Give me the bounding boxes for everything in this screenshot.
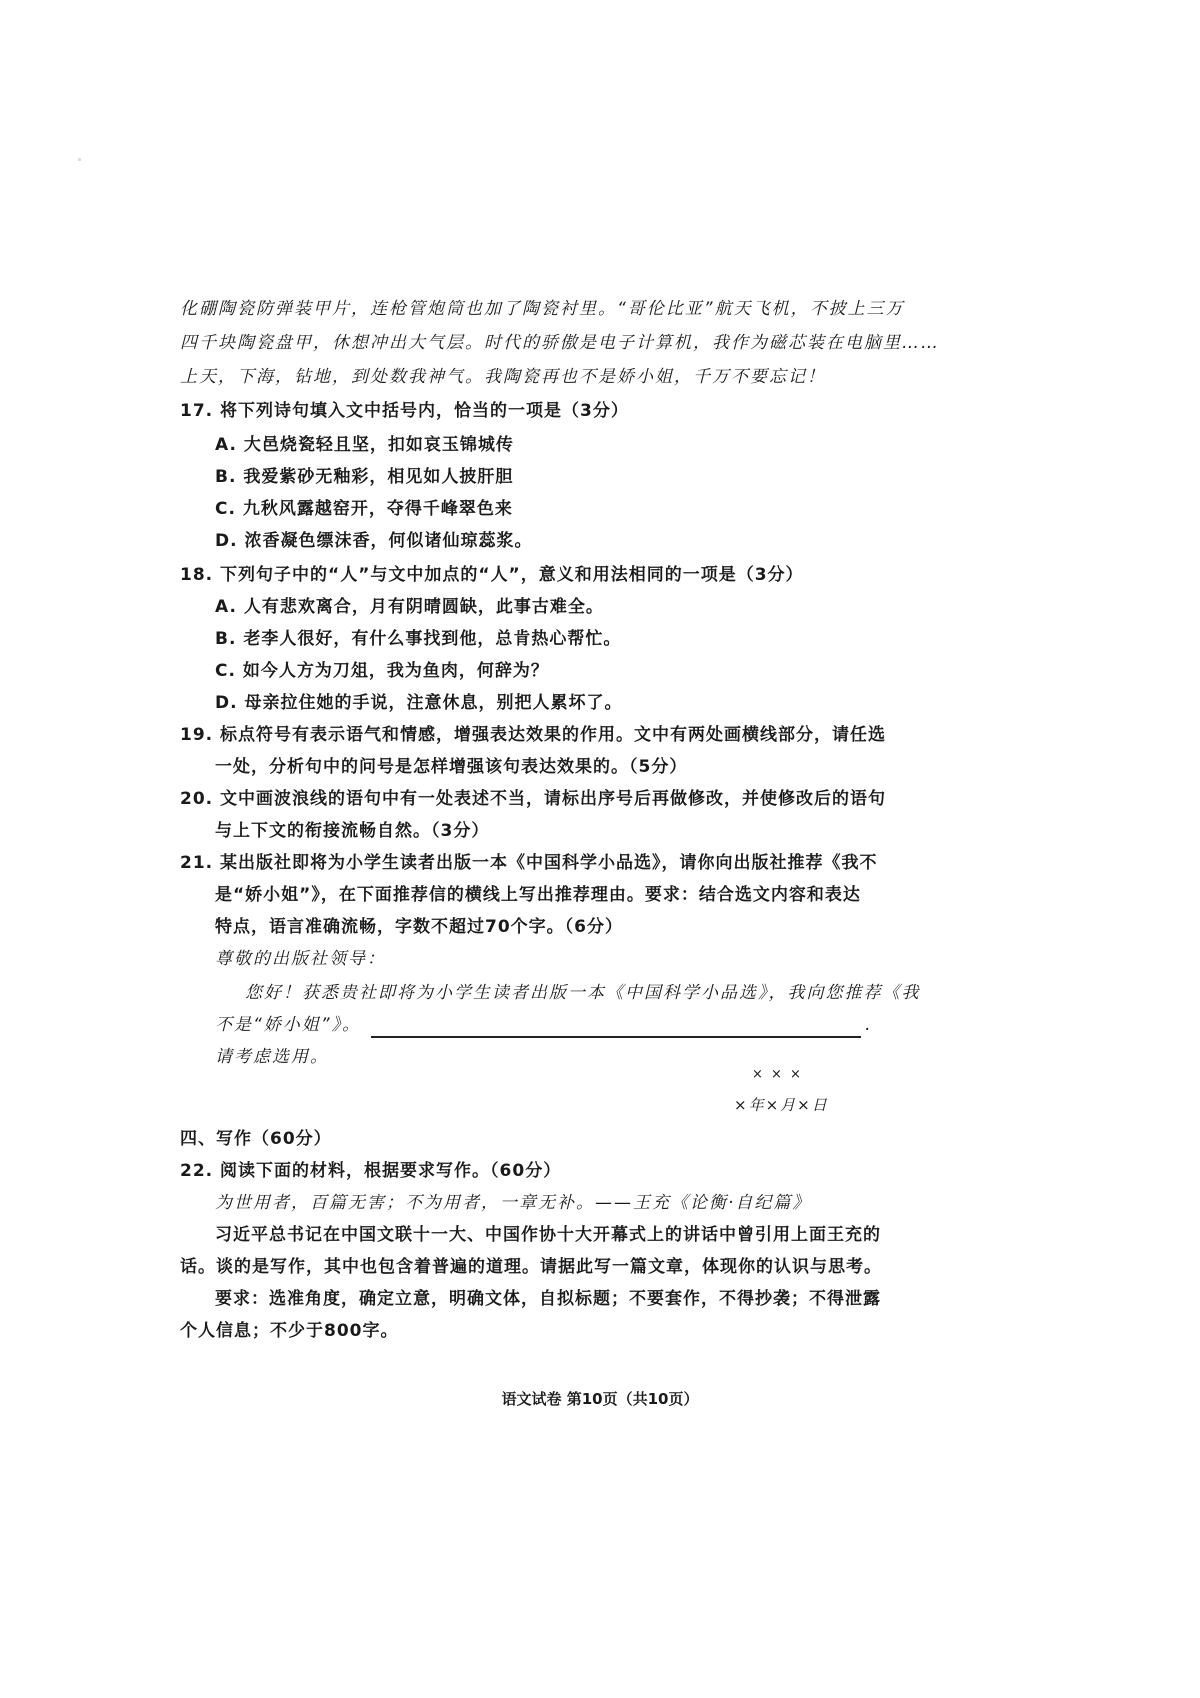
q17-option-b: B. 我爱紫砂无釉彩，相见如人披肝胆 [215, 464, 513, 490]
passage-line-2: 四千块陶瓷盘甲，休想冲出大气层。时代的骄傲是电子计算机，我作为磁芯装在电脑里…… [180, 330, 940, 356]
letter-closing: 请考虑选用。 [215, 1044, 329, 1070]
q22-stem: 22. 阅读下面的材料，根据要求写作。（60分） [180, 1158, 561, 1184]
q22-quote: 为世用者，百篇无害；不为用者，一章无补。——王充《论衡·自纪篇》 [215, 1190, 811, 1216]
q22-para-line-2: 话。谈的是写作，其中也包含着普遍的道理。请据此写一篇文章，体现你的认识与思考。 [180, 1254, 882, 1280]
q19-line-2: 一处，分析句中的问号是怎样增强该句表达效果的。（5分） [215, 754, 687, 780]
exam-page: 化硼陶瓷防弹装甲片，连枪管炮筒也加了陶瓷衬里。“哥伦比亚”航天飞机，不披上三万 … [0, 0, 1200, 1698]
q18-option-b: B. 老李人很好，有什么事找到他，总肯热心帮忙。 [215, 626, 621, 652]
letter-body-line-2: 不是“娇小姐”》。. [215, 1012, 873, 1038]
passage-line-1: 化硼陶瓷防弹装甲片，连枪管炮筒也加了陶瓷衬里。“哥伦比亚”航天飞机，不披上三万 [180, 296, 905, 322]
letter-body-line-1: 您好！获悉贵社即将为小学生读者出版一本《中国科学小品选》，我向您推荐《我 [245, 980, 921, 1006]
scan-speck [78, 158, 81, 161]
section-4-heading: 四、写作（60分） [180, 1126, 332, 1152]
letter-salutation: 尊敬的出版社领导： [215, 946, 386, 972]
q18-stem: 18. 下列句子中的“人”与文中加点的“人”，意义和用法相同的一项是（3分） [180, 562, 804, 588]
q20-line-1: 20. 文中画波浪线的语句中有一处表述不当，请标出序号后再做修改，并使修改后的语… [180, 786, 886, 812]
letter-body-line-2-prefix: 不是“娇小姐”》。 [215, 1015, 361, 1035]
q21-line-2: 是“娇小姐”》，在下面推荐信的横线上写出推荐理由。要求：结合选文内容和表达 [215, 882, 861, 908]
q21-line-3: 特点，语言准确流畅，字数不超过70个字。（6分） [215, 914, 623, 940]
q18-option-a: A. 人有悲欢离合，月有阴晴圆缺，此事古难全。 [215, 594, 604, 620]
q21-line-1: 21. 某出版社即将为小学生读者出版一本《中国科学小品选》，请你向出版社推荐《我… [180, 850, 878, 876]
q17-option-d: D. 浓香凝色缥沫香，何似诸仙琼蕊浆。 [215, 528, 533, 554]
q17-stem: 17. 将下列诗句填入文中括号内，恰当的一项是（3分） [180, 398, 629, 424]
answer-blank-line[interactable] [371, 1018, 861, 1038]
q22-requirements-line-2: 个人信息；不少于800字。 [180, 1318, 399, 1344]
page-footer: 语文试卷 第10页（共10页） [0, 1388, 1200, 1409]
letter-body-line-2-suffix: . [865, 1015, 872, 1035]
letter-signature: × × × [752, 1062, 803, 1088]
q19-line-1: 19. 标点符号有表示语气和情感，增强表达效果的作用。文中有两处画横线部分，请任… [180, 722, 886, 748]
q20-line-2: 与上下文的衔接流畅自然。（3分） [215, 818, 489, 844]
q17-option-c: C. 九秋风露越窑开，夺得千峰翠色来 [215, 496, 513, 522]
letter-date: ×年×月×日 [734, 1092, 829, 1118]
q18-option-d: D. 母亲拉住她的手说，注意休息，别把人累坏了。 [215, 690, 623, 716]
q22-para-line-1: 习近平总书记在中国文联十一大、中国作协十大开幕式上的讲话中曾引用上面王充的 [215, 1222, 881, 1248]
q22-requirements-line-1: 要求：选准角度，确定立意，明确文体，自拟标题；不要套作，不得抄袭；不得泄露 [215, 1286, 881, 1312]
passage-line-3: 上天，下海，钻地，到处数我神气。我陶瓷再也不是娇小姐，千万不要忘记！ [180, 364, 826, 390]
q17-option-a: A. 大邑烧瓷轻且坚，扣如哀玉锦城传 [215, 432, 514, 458]
q18-option-c: C. 如今人方为刀俎，我为鱼肉，何辞为？ [215, 658, 549, 684]
